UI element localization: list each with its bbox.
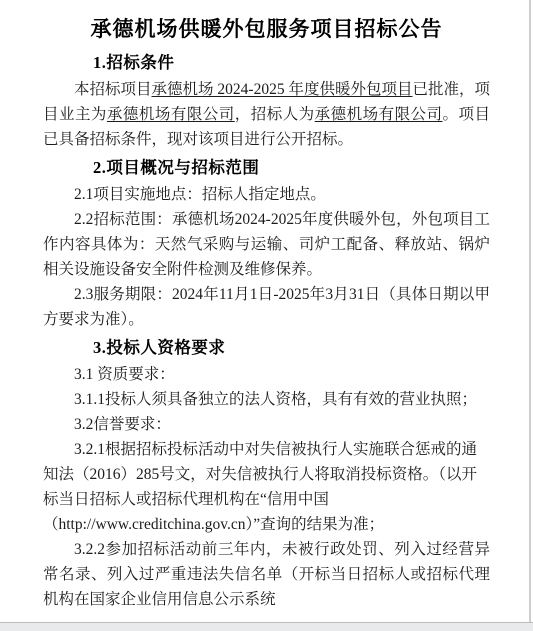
paragraph-credit-requirements: 3.2信誉要求： xyxy=(43,412,490,437)
text-run: 3.2.1根据招标投标活动中对失信被执行人实施联合惩戒的通知法（2016）285… xyxy=(43,441,477,508)
paragraph-credit-china-check: 3.2.1根据招标投标活动中对失信被执行人实施联合惩戒的通知法（2016）285… xyxy=(43,437,490,537)
section-heading-bidder-qualification: 3.投标人资格要求 xyxy=(93,338,490,358)
underlined-text-run: 承德机场有限公司 xyxy=(107,106,235,123)
paragraph-tender-conditions: 本招标项目承德机场 2024-2025 年度供暖外包项目已批准，项目业主为承德机… xyxy=(43,77,490,152)
underlined-text-run: 承德机场 2024-2025 年度供暖外包项目 xyxy=(152,81,413,98)
underlined-text-run: 承德机场有限公司 xyxy=(315,106,443,123)
paragraph-three-year-record: 3.2.2参加招标活动前三年内，未被行政处罚、列入过经营异常名录、列入过严重违法… xyxy=(43,537,490,612)
paragraph-tender-scope: 2.2招标范围：承德机场2024-2025年度供暖外包，外包项目工作内容具体为：… xyxy=(43,207,490,282)
paragraph-service-period: 2.3服务期限：2024年11月1日-2025年3月31日（具体日期以甲方要求为… xyxy=(43,282,490,332)
paragraph-project-location: 2.1项目实施地点：招标人指定地点。 xyxy=(43,182,490,207)
document-title: 承德机场供暖外包服务项目招标公告 xyxy=(43,16,490,43)
text-run: （http://www.creditchina.gov.cn） xyxy=(43,516,253,533)
section-heading-tender-conditions: 1.招标条件 xyxy=(93,53,490,73)
paragraph-legal-person-requirement: 3.1.1投标人须具备独立的法人资格，具有有效的营业执照； xyxy=(43,387,490,412)
page-bottom-edge xyxy=(0,622,533,631)
text-run: ”查询的结果为准； xyxy=(253,516,384,533)
paragraph-qualification-requirements: 3.1 资质要求： xyxy=(43,362,490,387)
text-run: 本招标项目 xyxy=(74,81,152,98)
document-content: 承德机场供暖外包服务项目招标公告 1.招标条件 本招标项目承德机场 2024-2… xyxy=(43,8,490,612)
text-run: ，招标人为 xyxy=(235,106,315,123)
page-right-edge xyxy=(529,0,531,631)
document-page: 承德机场供暖外包服务项目招标公告 1.招标条件 本招标项目承德机场 2024-2… xyxy=(0,0,533,631)
section-heading-project-overview: 2.项目概况与招标范围 xyxy=(93,158,490,178)
